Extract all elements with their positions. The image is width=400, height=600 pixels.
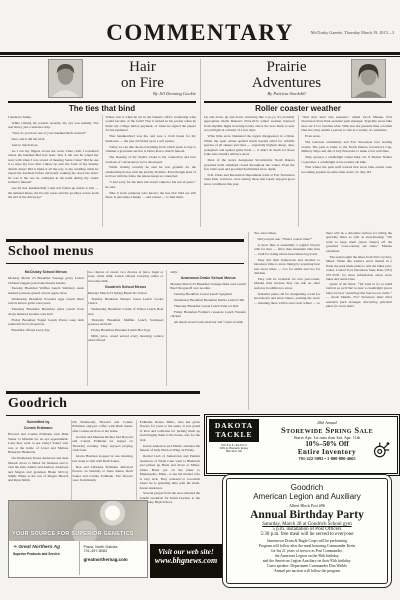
newspaper-page: Commentary McClusky Gazette, Thursday Ma…: [0, 0, 400, 600]
gna-banner-text: YOUR SOURCE FOR SUPERIOR GENETICS: [12, 531, 134, 537]
article-column: I needed a hanky.While visiting my paren…: [8, 115, 103, 227]
prairie-adventures-header: Prairie Adventures By Patricia Stockdill: [204, 59, 392, 101]
gna-logo-text: Great Northern Ag: [18, 545, 60, 550]
legion-event-line2: 5:30 p.m. free meal will be served to ev…: [227, 532, 387, 537]
gna-website: greatnorthernag.com: [84, 557, 148, 562]
masthead-rule-thin: [0, 56, 400, 57]
flower-photo: YOUR SOURCE FOR SUPERIOR GENETICS: [9, 501, 147, 541]
bhgnews-web-ad: Visit our web site! www.bhgnews.com: [150, 544, 222, 578]
article-column: “And they have less pressure,” added Jac…: [299, 115, 393, 227]
legion-ad-frame: Goodrich American Legion and Auxiliary A…: [226, 478, 388, 584]
goodrich-title: Goodrich: [8, 396, 67, 412]
school-menus-bottom-rule: [6, 263, 244, 264]
gna-logo-block: ❧ Great Northern Ag Superior Products an…: [9, 541, 80, 575]
roller-coaster-body: Up and down, up and down, bouncing like …: [204, 115, 392, 227]
dakota-tackle-ad: Dakota Tackle M-F 8 to 8 • Sat 8 to 6 30…: [206, 416, 398, 474]
dakota-tackle-logo-block: Dakota Tackle M-F 8 to 8 • Sat 8 to 6 30…: [209, 419, 259, 471]
menu-anamoose-drake: daily. Anamoose-Drake School Menus Monda…: [167, 270, 246, 386]
gna-tagline: Superior Products and Service.: [13, 552, 77, 556]
hair-on-fire-header: Hair on Fire By Jill Denning Gackle: [8, 59, 196, 101]
store-city: Bismarck, ND: [209, 450, 259, 453]
bhg-line1: Visit our web site!: [150, 544, 222, 556]
news-paragraphs: On Wednesday Howard and Connie Erdmann e…: [72, 420, 132, 482]
ties-that-bind-body: I needed a hanky.While visiting my paren…: [8, 115, 196, 227]
legion-event-title: Annual Birthday Party: [227, 509, 387, 521]
legion-org-line1: Goodrich: [227, 483, 387, 492]
hair-on-fire-rule: [8, 101, 196, 103]
news-paragraphs: Howard and Connie Erdmann took Ruth Saut…: [8, 432, 68, 483]
column-title-line2: on Fire: [89, 75, 196, 91]
goodrich-bottom-rule: [6, 415, 200, 416]
column-title-line1: Hair: [89, 59, 196, 75]
dakota-tackle-address: M-F 8 to 8 • Sat 8 to 6 3001 E. Bismarck…: [209, 444, 259, 454]
dakota-tackle-logo: Dakota Tackle: [209, 419, 259, 442]
byline-patricia: By Patricia Stockdill: [228, 91, 345, 96]
news-paragraphs: Erdmann, Romo, Minn., who has given flow…: [140, 420, 200, 505]
headline-roller-coaster: Roller coaster weather: [204, 104, 392, 113]
columnist-photo-patricia-stockdill: [351, 59, 386, 98]
dakota-tackle-copy: 28th Annual Storewide Spring Sale Starts…: [259, 419, 395, 471]
article-column: Up and down, up and down, bouncing like …: [204, 115, 299, 227]
great-northern-ag-ad: YOUR SOURCE FOR SUPERIOR GENETICS ❧ Grea…: [8, 500, 148, 578]
prairie-adventures-rule: [204, 101, 392, 103]
sale-title: Storewide Spring Sale: [259, 425, 395, 435]
legion-org-line2: American Legion and Auxiliary: [227, 492, 387, 501]
column-title-line1: Prairie: [228, 59, 345, 75]
gna-phone: 701-497-8083: [84, 549, 148, 553]
columnist-portrait-icon: [352, 60, 385, 97]
menu-title: Goodrich School Menus: [88, 285, 164, 290]
menu-title: Anamoose-Drake School Menus: [170, 276, 246, 281]
legion-post: Albert Block Post #96: [227, 503, 387, 508]
legion-event-details: Jamestown Drum & Bugle Corps will be per…: [227, 539, 387, 575]
legion-birthday-ad: Goodrich American Legion and Auxiliary A…: [222, 474, 392, 588]
column-divider: [200, 59, 201, 227]
menu-carryover: daily.: [170, 270, 246, 274]
school-menus-body: McClusky School Menus Monday March 23 Br…: [8, 270, 246, 386]
columnist-portrait-icon: [49, 60, 82, 97]
menu-items: Monday March 23 Breakfast Sausage links …: [170, 282, 246, 325]
submitted-by-line1: Submitted by: [8, 420, 68, 425]
logo-line2: Tackle: [210, 431, 258, 440]
fishing-reel-icon: [373, 440, 391, 465]
menu-title: McClusky School Menus: [8, 270, 84, 275]
menu-mcclusky: McClusky School Menus Monday March 23 Br…: [8, 270, 88, 386]
columnist-photo-jill-denning-gackle: [48, 59, 83, 98]
folio-dateline: McClusky Gazette, Thursday March 19, 201…: [311, 30, 394, 35]
goodrich-top-rule: [6, 391, 200, 394]
great-northern-ag-logo: ❧ Great Northern Ag: [13, 545, 77, 550]
bhg-line2: www.bhgnews.com: [150, 556, 222, 565]
submitted-by-line2: Connie Erdmann: [8, 426, 68, 431]
menu-items: Monday March 23 Spring Break No SchoolTu…: [88, 291, 164, 343]
menu-goodrich: two choices of cereal, two choices of ju…: [88, 270, 168, 386]
column-title-line2: Adventures: [228, 75, 345, 91]
gna-info-panel: ❧ Great Northern Ag Superior Products an…: [9, 541, 147, 575]
quote-of-the-week: Quote of the Week: “We want to try to bu…: [326, 282, 392, 309]
menu-carryover: two choices of cereal, two choices of ju…: [88, 270, 164, 283]
school-menus-top-rule: [6, 239, 244, 242]
article-column: Where was it when he sat in the banker's…: [103, 115, 197, 227]
headline-ties-that-bind: The ties that bind: [8, 104, 196, 113]
roller-coaster-continuation: Yes, snow bikes.Did you just ask, “What'…: [254, 231, 392, 411]
school-menus-title: School menus: [8, 244, 94, 260]
masthead-rule: [0, 52, 400, 55]
menu-items: Monday March 23 Breakfast Sausage gravy …: [8, 276, 84, 332]
byline-jill: By Jill Denning Gackle: [89, 91, 196, 96]
column-divider: [248, 232, 249, 410]
gna-contact-block: Plaza, North Dakota 701-497-8083 greatno…: [80, 541, 148, 575]
